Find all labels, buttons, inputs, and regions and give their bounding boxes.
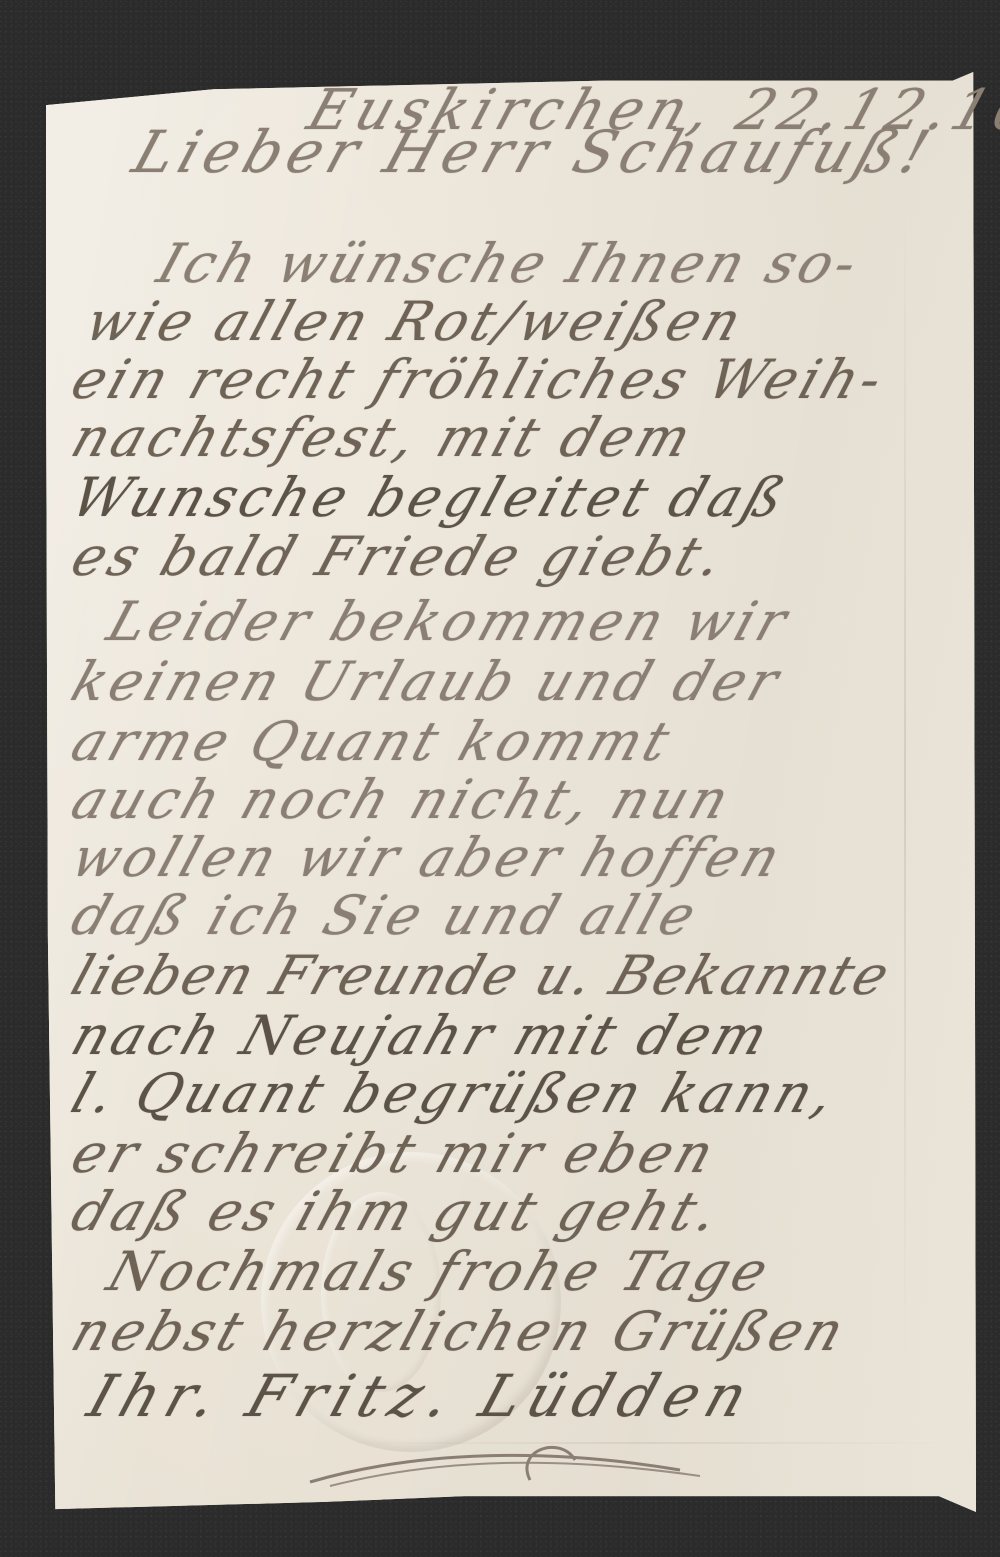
body-line: daß ich Sie und alle (64, 884, 707, 947)
body-line: Leider bekommen wir (100, 590, 798, 653)
body-line: wie allen Rot/weißen (78, 290, 753, 353)
paper-fold-line (904, 192, 906, 1372)
body-line: arme Quant kommt (64, 710, 681, 773)
body-line: lieben Freunde u. Bekannte (64, 944, 899, 1007)
dark-mount-background: Euskirchen, 22.12.16. Lieber Herr Schauf… (0, 0, 1000, 1557)
body-line: keinen Urlaub und der (64, 650, 790, 713)
body-line: nachtsfest, mit dem (64, 406, 703, 469)
body-line: Wunsche begleitet daß (64, 466, 796, 529)
body-line: nach Neujahr mit dem (64, 1004, 779, 1067)
body-line: wollen wir aber hoffen (64, 826, 792, 889)
salutation: Lieber Herr Schaufuß! (125, 118, 943, 186)
body-line: Nochmals frohe Tage (100, 1240, 780, 1303)
body-line: es bald Friede giebt. (64, 525, 735, 588)
body-line: ein recht fröhliches Weih- (64, 348, 894, 411)
signature: Ihr. Fritz. Lüdden (80, 1362, 764, 1430)
body-line: Ich wünsche Ihnen so- (150, 232, 869, 295)
body-line: nebst herzlichen Grüßen (64, 1300, 855, 1363)
signature-flourish-icon (300, 1440, 720, 1490)
body-line: auch noch nicht, nun (64, 768, 741, 831)
body-line: daß es ihm gut geht. (64, 1180, 730, 1243)
body-line: er schreibt mir eben (64, 1122, 725, 1185)
body-line: l. Quant begrüßen kann, (64, 1062, 846, 1125)
